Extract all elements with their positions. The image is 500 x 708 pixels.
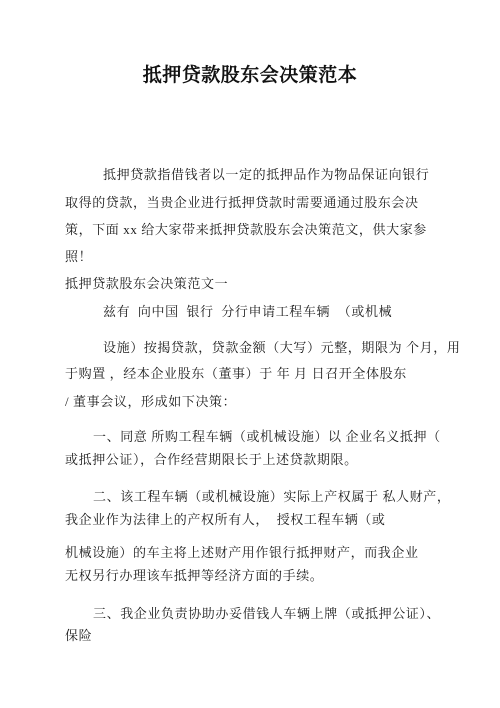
document-page: 抵押贷款股东会决策范本 抵押贷款指借钱者以一定的抵押品作为物品保证向银行 取得的… [0, 0, 500, 708]
text-line: 抵押贷款指借钱者以一定的抵押品作为物品保证向银行 [103, 167, 429, 183]
text-line: 于购置 ，经本企业股东（董事）于 年 月 日召开全体股东 [65, 366, 407, 382]
text-line: 策，下面 xx 给大家带来抵押贷款股东会决策范文，供大家参 [65, 222, 427, 238]
text-line: 抵押贷款股东会决策范文一 [65, 276, 228, 292]
text-line: 兹有 向中国 银行 分行申请工程车辆 （或机械 [103, 304, 392, 320]
text-line: 无权另行办理该车抵押等经济方面的手续。 [65, 568, 323, 584]
text-line: 设施）按揭贷款，贷款金额（大写）元整，期限为 个月，用 [103, 340, 460, 356]
text-line: 照！ [65, 249, 92, 265]
text-line: 我企业作为法律上的产权所有人， 授权工程车辆（或 [65, 512, 386, 528]
text-line: 二、该工程车辆（或机械设施）实际上产权属于 私人财产， [93, 489, 450, 505]
text-line: 取得的贷款，当贵企业进行抵押贷款时需要通通过股东会决 [65, 195, 419, 211]
text-line: 一、同意 所购工程车辆（或机械设施）以 企业名义抵押（ [93, 429, 441, 445]
text-line: 机械设施）的车主将上述财产用作银行抵押财产，而我企业 [65, 545, 419, 561]
text-line: 保险 [65, 628, 92, 644]
text-line: 或抵押公证），合作经营期限长于上述贷款期限。 [65, 452, 358, 468]
document-title: 抵押贷款股东会决策范本 [0, 60, 500, 87]
text-line: 三、我企业负责协助办妥借钱人车辆上牌（或抵押公证）、 [93, 606, 440, 622]
text-line: / 董事会议，形成如下决策： [65, 394, 236, 410]
